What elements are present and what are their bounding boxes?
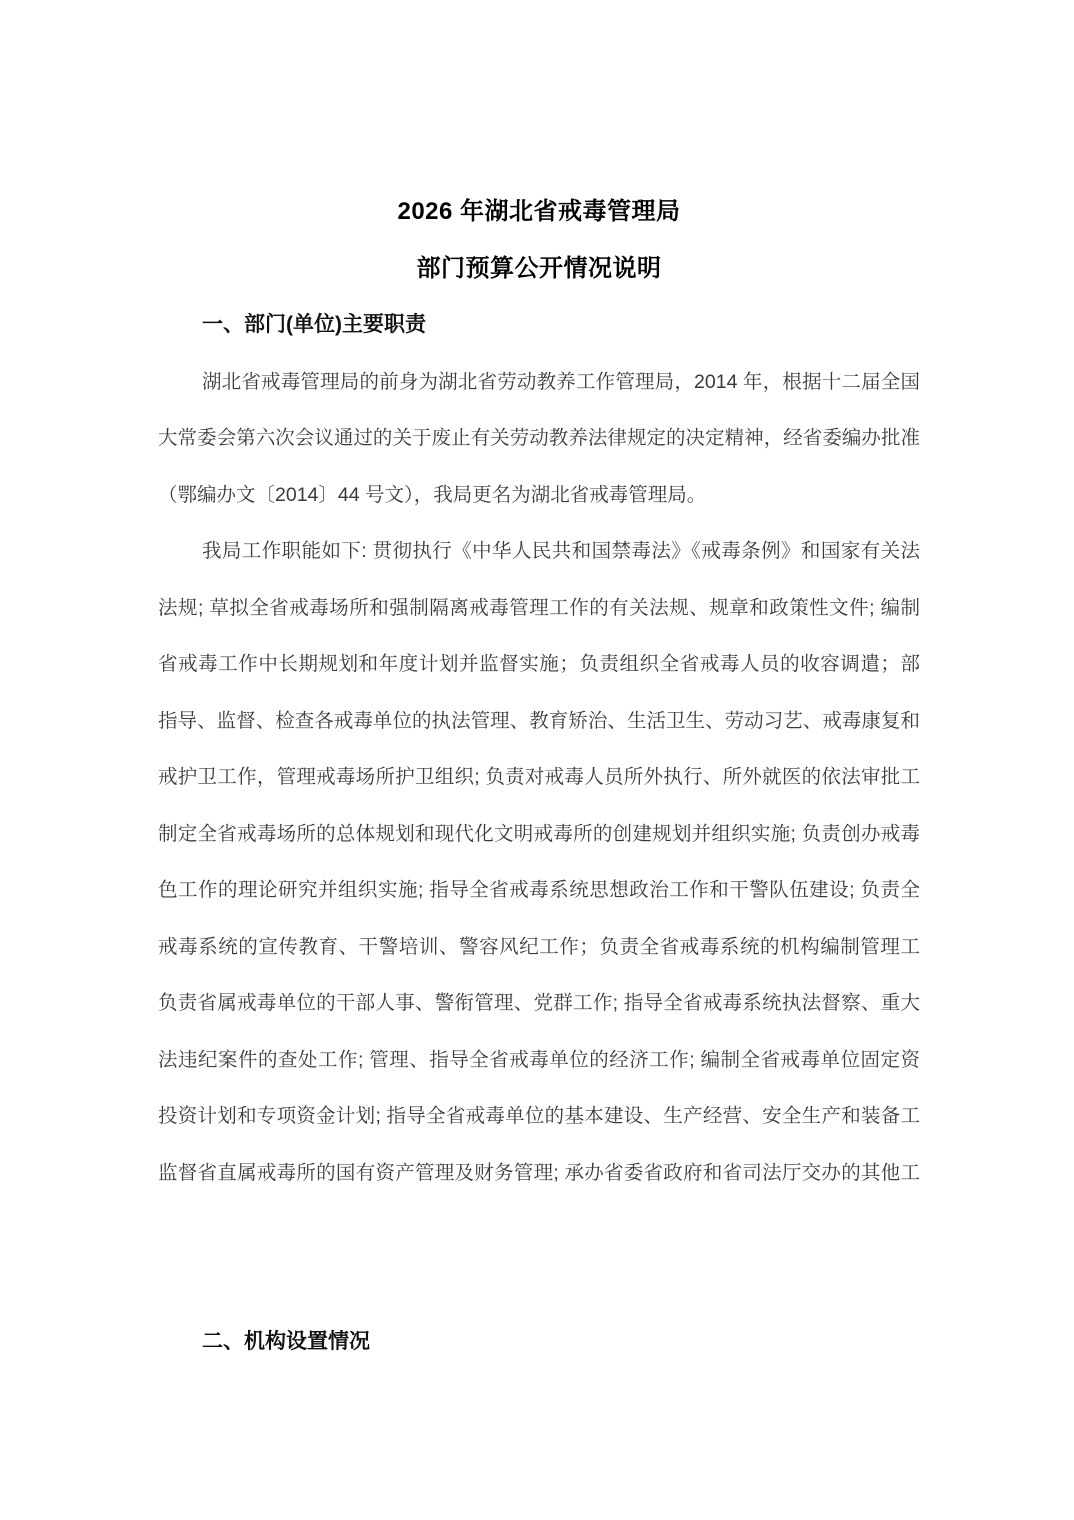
paragraph-1-line-3: （鄂编办文〔2014〕44 号文），我局更名为湖北省戒毒管理局。 (158, 467, 920, 524)
paragraph-1-line-1: 湖北省戒毒管理局的前身为湖北省劳动教养工作管理局，2014 年，根据十二届全国人 (158, 354, 920, 411)
document-title-line-1: 2026 年湖北省戒毒管理局 (158, 184, 920, 241)
paragraph-2-line-4: 指导、监督、检查各戒毒单位的执法管理、教育矫治、生活卫生、劳动习艺、戒毒康复和警 (158, 693, 920, 750)
section-two-heading: 二、机构设置情况 (158, 1314, 920, 1371)
document-page: 2026 年湖北省戒毒管理局 部门预算公开情况说明 一、部门(单位)主要职责 湖… (0, 0, 1074, 1520)
paragraph-2-line-10: 法违纪案件的查处工作; 管理、指导全省戒毒单位的经济工作; 编制全省戒毒单位固定… (158, 1032, 920, 1089)
paragraph-2-line-8: 戒毒系统的宣传教育、干警培训、警容风纪工作；负责全省戒毒系统的机构编制管理工作; (158, 919, 920, 976)
document-title-line-2: 部门预算公开情况说明 (158, 241, 920, 298)
paragraph-2-line-5: 戒护卫工作，管理戒毒场所护卫组织; 负责对戒毒人员所外执行、所外就医的依法审批工… (158, 749, 920, 806)
paragraph-2-line-6: 制定全省戒毒场所的总体规划和现代化文明戒毒所的创建规划并组织实施; 负责创办戒毒… (158, 806, 920, 863)
document-content: 2026 年湖北省戒毒管理局 部门预算公开情况说明 一、部门(单位)主要职责 湖… (0, 0, 1074, 1371)
paragraph-2-line-7: 色工作的理论研究并组织实施; 指导全省戒毒系统思想政治工作和干警队伍建设; 负责… (158, 862, 920, 919)
paragraph-2-line-12: 监督省直属戒毒所的国有资产管理及财务管理; 承办省委省政府和省司法厅交办的其他工… (158, 1145, 920, 1202)
paragraph-1-line-2: 大常委会第六次会议通过的关于废止有关劳动教养法律规定的决定精神，经省委编办批准 (158, 410, 920, 467)
paragraph-2-line-9: 负责省属戒毒单位的干部人事、警衔管理、党群工作; 指导全省戒毒系统执法督察、重大… (158, 975, 920, 1032)
section-one-heading: 一、部门(单位)主要职责 (158, 297, 920, 354)
paragraph-2-line-2: 法规; 草拟全省戒毒场所和强制隔离戒毒管理工作的有关法规、规章和政策性文件; 编… (158, 580, 920, 637)
paragraph-2-line-1: 我局工作职能如下: 贯彻执行《中华人民共和国禁毒法》《戒毒条例》和国家有关法律、 (158, 523, 920, 580)
paragraph-2-line-11: 投资计划和专项资金计划; 指导全省戒毒单位的基本建设、生产经营、安全生产和装备工… (158, 1088, 920, 1145)
paragraph-2-line-3: 省戒毒工作中长期规划和年度计划并监督实施；负责组织全省戒毒人员的收容调遣；部署、 (158, 636, 920, 693)
